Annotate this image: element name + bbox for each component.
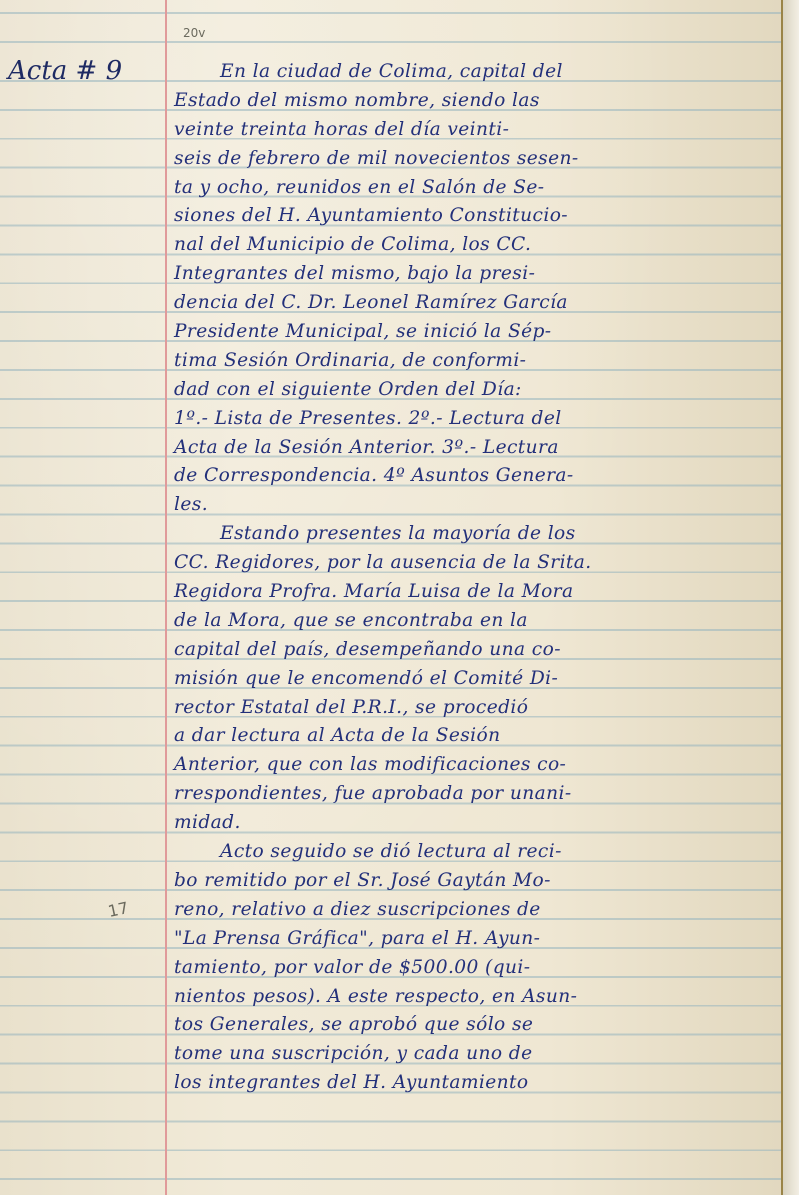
minutes-body-text: En la ciudad de Colima, capital delEstad… [174, 58, 774, 1098]
handwritten-line: 1º.- Lista de Presentes. 2º.- Lectura de… [174, 405, 774, 434]
acta-heading: Acta # 9 [8, 56, 122, 86]
handwritten-line: de la Mora, que se encontraba en la [174, 607, 774, 636]
handwritten-line: En la ciudad de Colima, capital del [174, 58, 774, 87]
handwritten-line: tos Generales, se aprobó que sólo se [174, 1011, 774, 1040]
handwritten-line: dencia del C. Dr. Leonel Ramírez García [174, 289, 774, 318]
handwritten-line: Regidora Profra. María Luisa de la Mora [174, 578, 774, 607]
handwritten-line: midad. [174, 809, 774, 838]
handwritten-line: capital del país, desempeñando una co- [174, 636, 774, 665]
handwritten-line: ta y ocho, reunidos en el Salón de Se- [174, 174, 774, 203]
handwritten-line: los integrantes del H. Ayuntamiento [174, 1069, 774, 1098]
handwritten-line: les. [174, 491, 774, 520]
handwritten-line: rector Estatal del P.R.I., se procedió [174, 694, 774, 723]
handwritten-line: Estando presentes la mayoría de los [174, 520, 774, 549]
handwritten-line: Acto seguido se dió lectura al reci- [174, 838, 774, 867]
handwritten-line: veinte treinta horas del día veinti- [174, 116, 774, 145]
handwritten-line: CC. Regidores, por la ausencia de la Sri… [174, 549, 774, 578]
handwritten-line: rrespondientes, fue aprobada por unani- [174, 780, 774, 809]
adjacent-page-edge [783, 0, 799, 1195]
handwritten-line: nientos pesos). A este respecto, en Asun… [174, 983, 774, 1012]
handwritten-line: reno, relativo a diez suscripciones de [174, 896, 774, 925]
handwritten-line: dad con el siguiente Orden del Día: [174, 376, 774, 405]
handwritten-line: Anterior, que con las modificaciones co- [174, 751, 774, 780]
handwritten-line: de Correspondencia. 4º Asuntos Genera- [174, 462, 774, 491]
red-margin-line [165, 0, 167, 1195]
handwritten-line: Estado del mismo nombre, siendo las [174, 87, 774, 116]
handwritten-line: "La Prensa Gráfica", para el H. Ayun- [174, 925, 774, 954]
handwritten-line: bo remitido por el Sr. José Gaytán Mo- [174, 867, 774, 896]
handwritten-line: siones del H. Ayuntamiento Constitucio- [174, 202, 774, 231]
handwritten-line: a dar lectura al Acta de la Sesión [174, 722, 774, 751]
handwritten-line: misión que le encomendó el Comité Di- [174, 665, 774, 694]
page-number-annotation: 20v [183, 26, 205, 40]
handwritten-line: nal del Municipio de Colima, los CC. [174, 231, 774, 260]
notebook-page: 20v 17 Acta # 9 En la ciudad de Colima, … [0, 0, 783, 1195]
handwritten-line: Integrantes del mismo, bajo la presi- [174, 260, 774, 289]
handwritten-line: Acta de la Sesión Anterior. 3º.- Lectura [174, 434, 774, 463]
handwritten-line: seis de febrero de mil novecientos sesen… [174, 145, 774, 174]
handwritten-line: tome una suscripción, y cada uno de [174, 1040, 774, 1069]
handwritten-line: tima Sesión Ordinaria, de conformi- [174, 347, 774, 376]
handwritten-line: tamiento, por valor de $500.00 (qui- [174, 954, 774, 983]
handwritten-line: Presidente Municipal, se inició la Sép- [174, 318, 774, 347]
